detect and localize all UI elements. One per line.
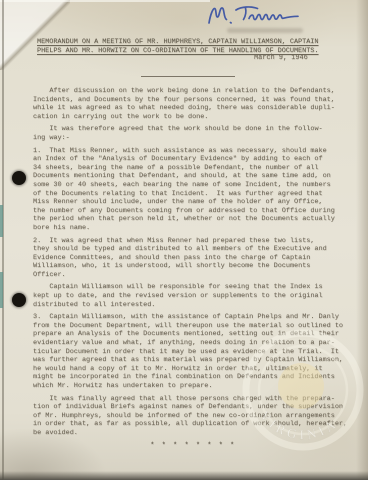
memo-paragraph: 2. It was agreed that when Miss Renner h… [33,237,353,280]
pencil-smudge [227,28,303,33]
divider-line [141,76,235,77]
paper-right-edge [356,0,368,480]
handwriting-ink [203,2,303,30]
memo-paragraph: Captain Williamson will be responsible f… [33,283,353,309]
punch-hole [12,171,26,185]
memo-paragraph: It was therefore agreed that the work sh… [33,125,353,142]
memo-paragraph: It was finally agreed that all those per… [33,395,353,438]
scan-background-sliver [0,205,3,237]
paper-bottom-edge [0,471,368,480]
handwritten-annotation: Mr. Tavenner [203,2,303,30]
paper-left-edge [2,0,4,480]
asterisk-separator: * * * * * * * * [33,442,353,450]
paper-top-edge [0,0,210,2]
memo-date: March 9, 1946 [254,54,308,62]
scan-background-sliver [0,272,3,308]
memo-paragraph: 3. Captain Williamson, with the assistan… [33,313,353,390]
punch-hole [12,293,26,307]
corner-crease [0,0,70,70]
document-page: Mr. Tavenner MEMORANDUM ON A MEETING OF … [0,0,368,480]
memo-paragraph: 1. That Miss Renner, with such assistanc… [33,147,353,233]
memo-paragraph: After discussion on the work being done … [33,87,353,121]
memo-body: After discussion on the work being done … [33,87,353,450]
